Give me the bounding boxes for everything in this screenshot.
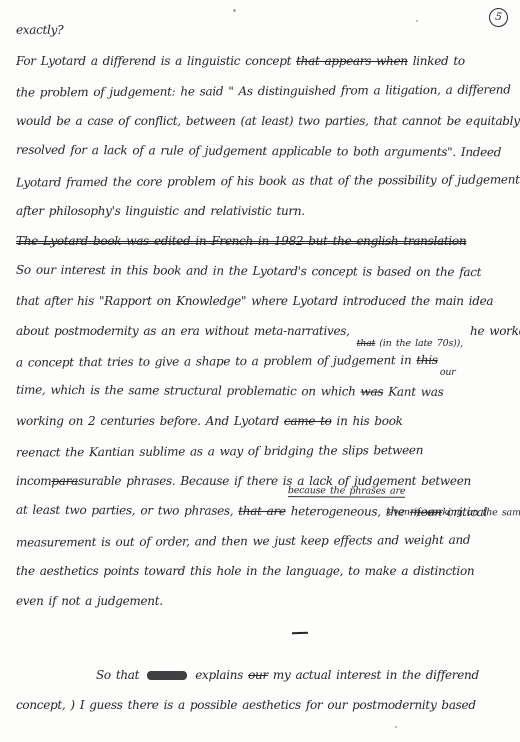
inserted-text: because the phrases are xyxy=(288,486,405,498)
manuscript-line: So our interest in this book and in the … xyxy=(16,255,514,288)
manuscript-line: the problem of judgement: he said " As d… xyxy=(16,74,514,107)
manuscript-line: exactly? xyxy=(16,15,514,48)
struck-text: this xyxy=(416,353,437,367)
manuscript-line: concept, ) I guess there is a possible a… xyxy=(16,690,514,720)
manuscript-line: incomparasurable phrases. Because if the… xyxy=(16,466,514,496)
handwritten-text: the problem of judgement: he said " As d… xyxy=(16,82,511,99)
struck-text: was xyxy=(361,385,384,399)
struck-text: that appears when xyxy=(296,54,408,68)
handwritten-text: incom xyxy=(16,474,51,488)
scan-speck xyxy=(395,726,397,728)
handwritten-text: surable phrases. Because if there is a l… xyxy=(78,474,471,488)
struck-text: our xyxy=(248,668,268,682)
handwritten-text: even if not a judgement. xyxy=(16,594,163,608)
handwritten-text: would be a case of conflict, between (at… xyxy=(16,114,520,128)
manuscript-line: the aesthetics points toward this hole i… xyxy=(16,556,514,586)
manuscript-line: a concept that tries to give a shape to … xyxy=(16,344,514,377)
scribbled-out-word xyxy=(147,671,187,680)
manuscript-line: The Lyotard book was edited in French in… xyxy=(16,226,514,256)
manuscript-line: For Lyotard a differend is a linguistic … xyxy=(16,46,514,76)
struck-text: para xyxy=(51,474,78,488)
manuscript-line: So that explains our my actual interest … xyxy=(96,660,514,690)
handwritten-text: the aesthetics points toward this hole i… xyxy=(16,564,474,578)
manuscript-line: after philosophy's linguistic and relati… xyxy=(16,196,514,226)
handwritten-text: reenact the Kantian sublime as a way of … xyxy=(16,443,423,459)
handwritten-text: explains xyxy=(190,668,248,682)
manuscript-body: exactly?For Lyotard a differend is a lin… xyxy=(0,0,520,720)
struck-text: The Lyotard book was edited in French in… xyxy=(16,234,466,248)
handwritten-text: So that xyxy=(96,668,144,682)
manuscript-line: time, which is the same structural probl… xyxy=(16,375,514,408)
handwritten-text: Kant was xyxy=(383,385,443,399)
handwritten-text: my actual interest in the differend xyxy=(268,668,479,682)
manuscript-line: that after his "Rapport on Knowledge" wh… xyxy=(16,286,514,316)
manuscript-line: measurement is out of order, and then we… xyxy=(16,524,514,557)
manuscript-line: about postmodernity as an era without me… xyxy=(16,316,514,346)
handwritten-text: a concept that tries to give a shape to … xyxy=(16,353,416,369)
handwritten-text: that after his "Rapport on Knowledge" wh… xyxy=(16,294,493,308)
manuscript-page: 5 exactly?For Lyotard a differend is a l… xyxy=(0,0,520,742)
section-break-dash xyxy=(16,616,514,646)
handwritten-text: time, which is the same structural probl… xyxy=(16,383,361,399)
handwritten-text: he worked on xyxy=(465,324,520,338)
manuscript-line: even if not a judgement. xyxy=(16,586,514,616)
manuscript-line: Lyotard framed the core problem of his b… xyxy=(16,164,514,197)
manuscript-line: resolved for a lack of a rule of judgeme… xyxy=(16,135,514,168)
handwritten-text: resolved for a lack of a rule of judgeme… xyxy=(16,143,501,160)
handwritten-text: Lyotard framed the core problem of his b… xyxy=(16,172,520,189)
manuscript-line: working on 2 centuries before. And Lyota… xyxy=(16,406,514,436)
handwritten-text: measurement is out of order, and then we… xyxy=(16,533,470,550)
handwritten-text: concept, ) I guess there is a possible a… xyxy=(16,698,476,712)
handwritten-text: working on 2 centuries before. And Lyota… xyxy=(16,414,284,428)
handwritten-text: after philosophy's linguistic and relati… xyxy=(16,204,305,218)
manuscript-line: reenact the Kantian sublime as a way of … xyxy=(16,434,514,467)
handwritten-text: heterogeneous, xyxy=(286,504,386,519)
struck-text: that are xyxy=(238,504,286,518)
manuscript-line: would be a case of conflict, between (at… xyxy=(16,106,514,136)
handwritten-text: For Lyotard a differend is a linguistic … xyxy=(16,54,296,68)
handwritten-text: at least two parties, or two phrases, xyxy=(16,503,238,518)
handwritten-text: So our interest in this book and in the … xyxy=(16,263,481,279)
handwritten-text: exactly? xyxy=(16,23,63,37)
handwritten-text: in his book xyxy=(332,414,403,428)
handwritten-text: about postmodernity as an era without me… xyxy=(16,324,355,338)
struck-text: came to xyxy=(284,414,332,428)
scan-speck xyxy=(233,9,236,12)
handwritten-text: linked to xyxy=(408,54,465,68)
inserted-text: even if working on the same object xyxy=(388,508,520,519)
manuscript-line: at least two parties, or two phrases, th… xyxy=(16,495,514,528)
